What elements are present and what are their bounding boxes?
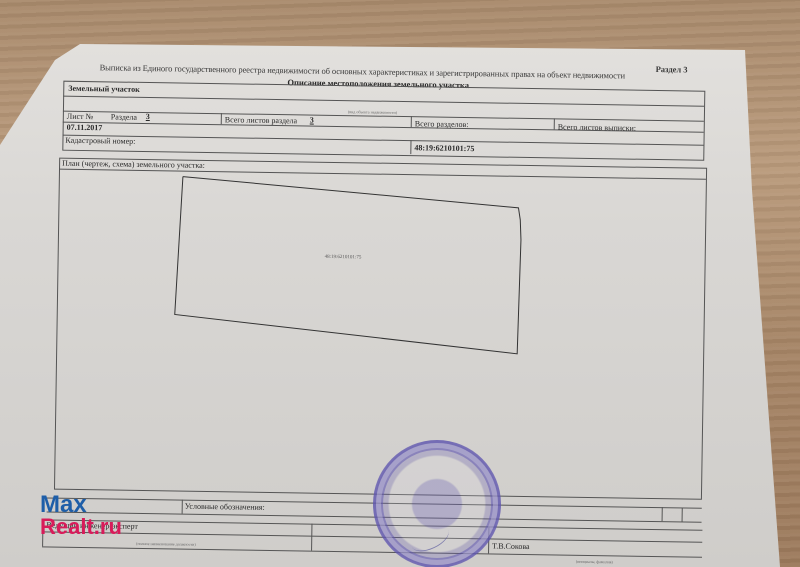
watermark-logo: Max Realt.ru	[40, 494, 122, 538]
parcel-boundary	[174, 176, 522, 353]
divider	[182, 500, 183, 514]
parcel-label: 48:19:6210101:75	[325, 255, 362, 261]
watermark-line1: Max	[40, 494, 122, 516]
signer-caption: (инициалы, фамилия)	[576, 559, 613, 565]
position-caption: (полное наименование должности)	[136, 541, 196, 547]
watermark-line2: Realt.ru	[40, 516, 122, 538]
official-stamp	[373, 440, 501, 567]
signer-name: Т.В.Сокова	[492, 541, 530, 551]
legend-label: Условные обозначения:	[185, 502, 265, 512]
divider	[682, 507, 683, 521]
